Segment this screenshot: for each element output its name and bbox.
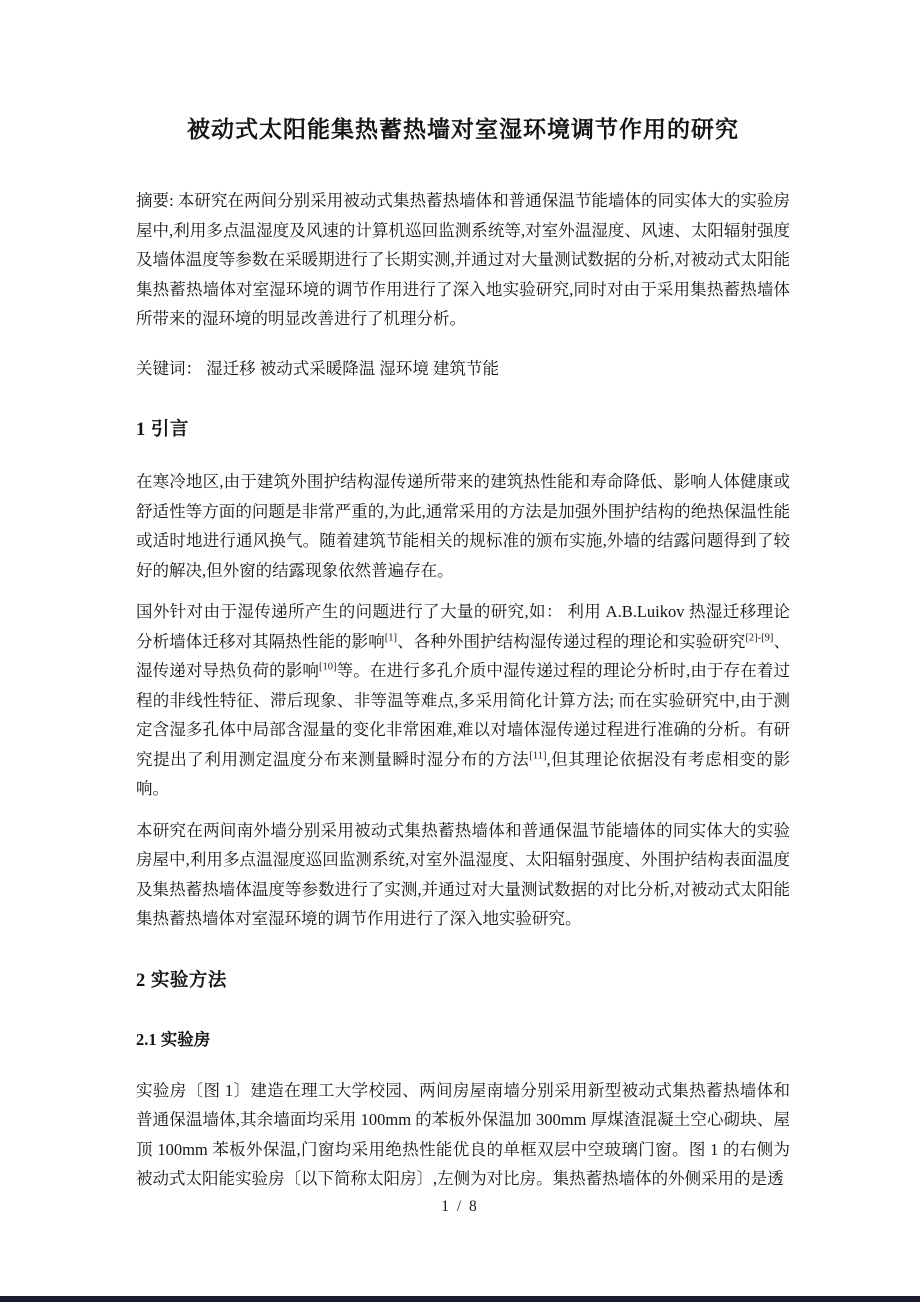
section-2-1-heading: 2.1 实验房 xyxy=(136,1026,790,1054)
citation-ref-10: [10] xyxy=(319,662,337,673)
paper-title: 被动式太阳能集热蓄热墙对室湿环境调节作用的研究 xyxy=(136,112,790,148)
citation-ref-1: [1] xyxy=(385,632,397,643)
window-bottom-edge xyxy=(0,1296,920,1302)
citation-ref-2-9: [2]-[9] xyxy=(745,632,773,643)
keywords-line: 关键词： 湿迁移 被动式采暖降温 湿环境 建筑节能 xyxy=(136,354,790,384)
intro-paragraph-1: 在寒冷地区,由于建筑外围护结构湿传递所带来的建筑热性能和寿命降低、影响人体健康或… xyxy=(136,467,790,585)
document-page: 被动式太阳能集热蓄热墙对室湿环境调节作用的研究 摘要: 本研究在两间分别采用被动… xyxy=(0,0,920,1302)
section-2-heading: 2 实验方法 xyxy=(136,966,790,996)
intro-paragraph-3: 本研究在两间南外墙分别采用被动式集热蓄热墙体和普通保温节能墙体的同实体大的实验房… xyxy=(136,816,790,934)
section-1-heading: 1 引言 xyxy=(136,415,790,445)
intro-paragraph-2: 国外针对由于湿传递所产生的问题进行了大量的研究,如： 利用 A.B.Luikov… xyxy=(136,597,790,804)
page-number: 1 / 8 xyxy=(0,1198,920,1216)
methods-paragraph-1: 实验房〔图 1〕建造在理工大学校园、两间房屋南墙分别采用新型被动式集热蓄热墙体和… xyxy=(136,1076,790,1194)
intro-p2-segment-2: 、各种外围护结构湿传递过程的理论和实验研究 xyxy=(397,632,745,651)
abstract-paragraph: 摘要: 本研究在两间分别采用被动式集热蓄热墙体和普通保温节能墙体的同实体大的实验… xyxy=(136,186,790,334)
citation-ref-11: [11] xyxy=(529,750,546,761)
